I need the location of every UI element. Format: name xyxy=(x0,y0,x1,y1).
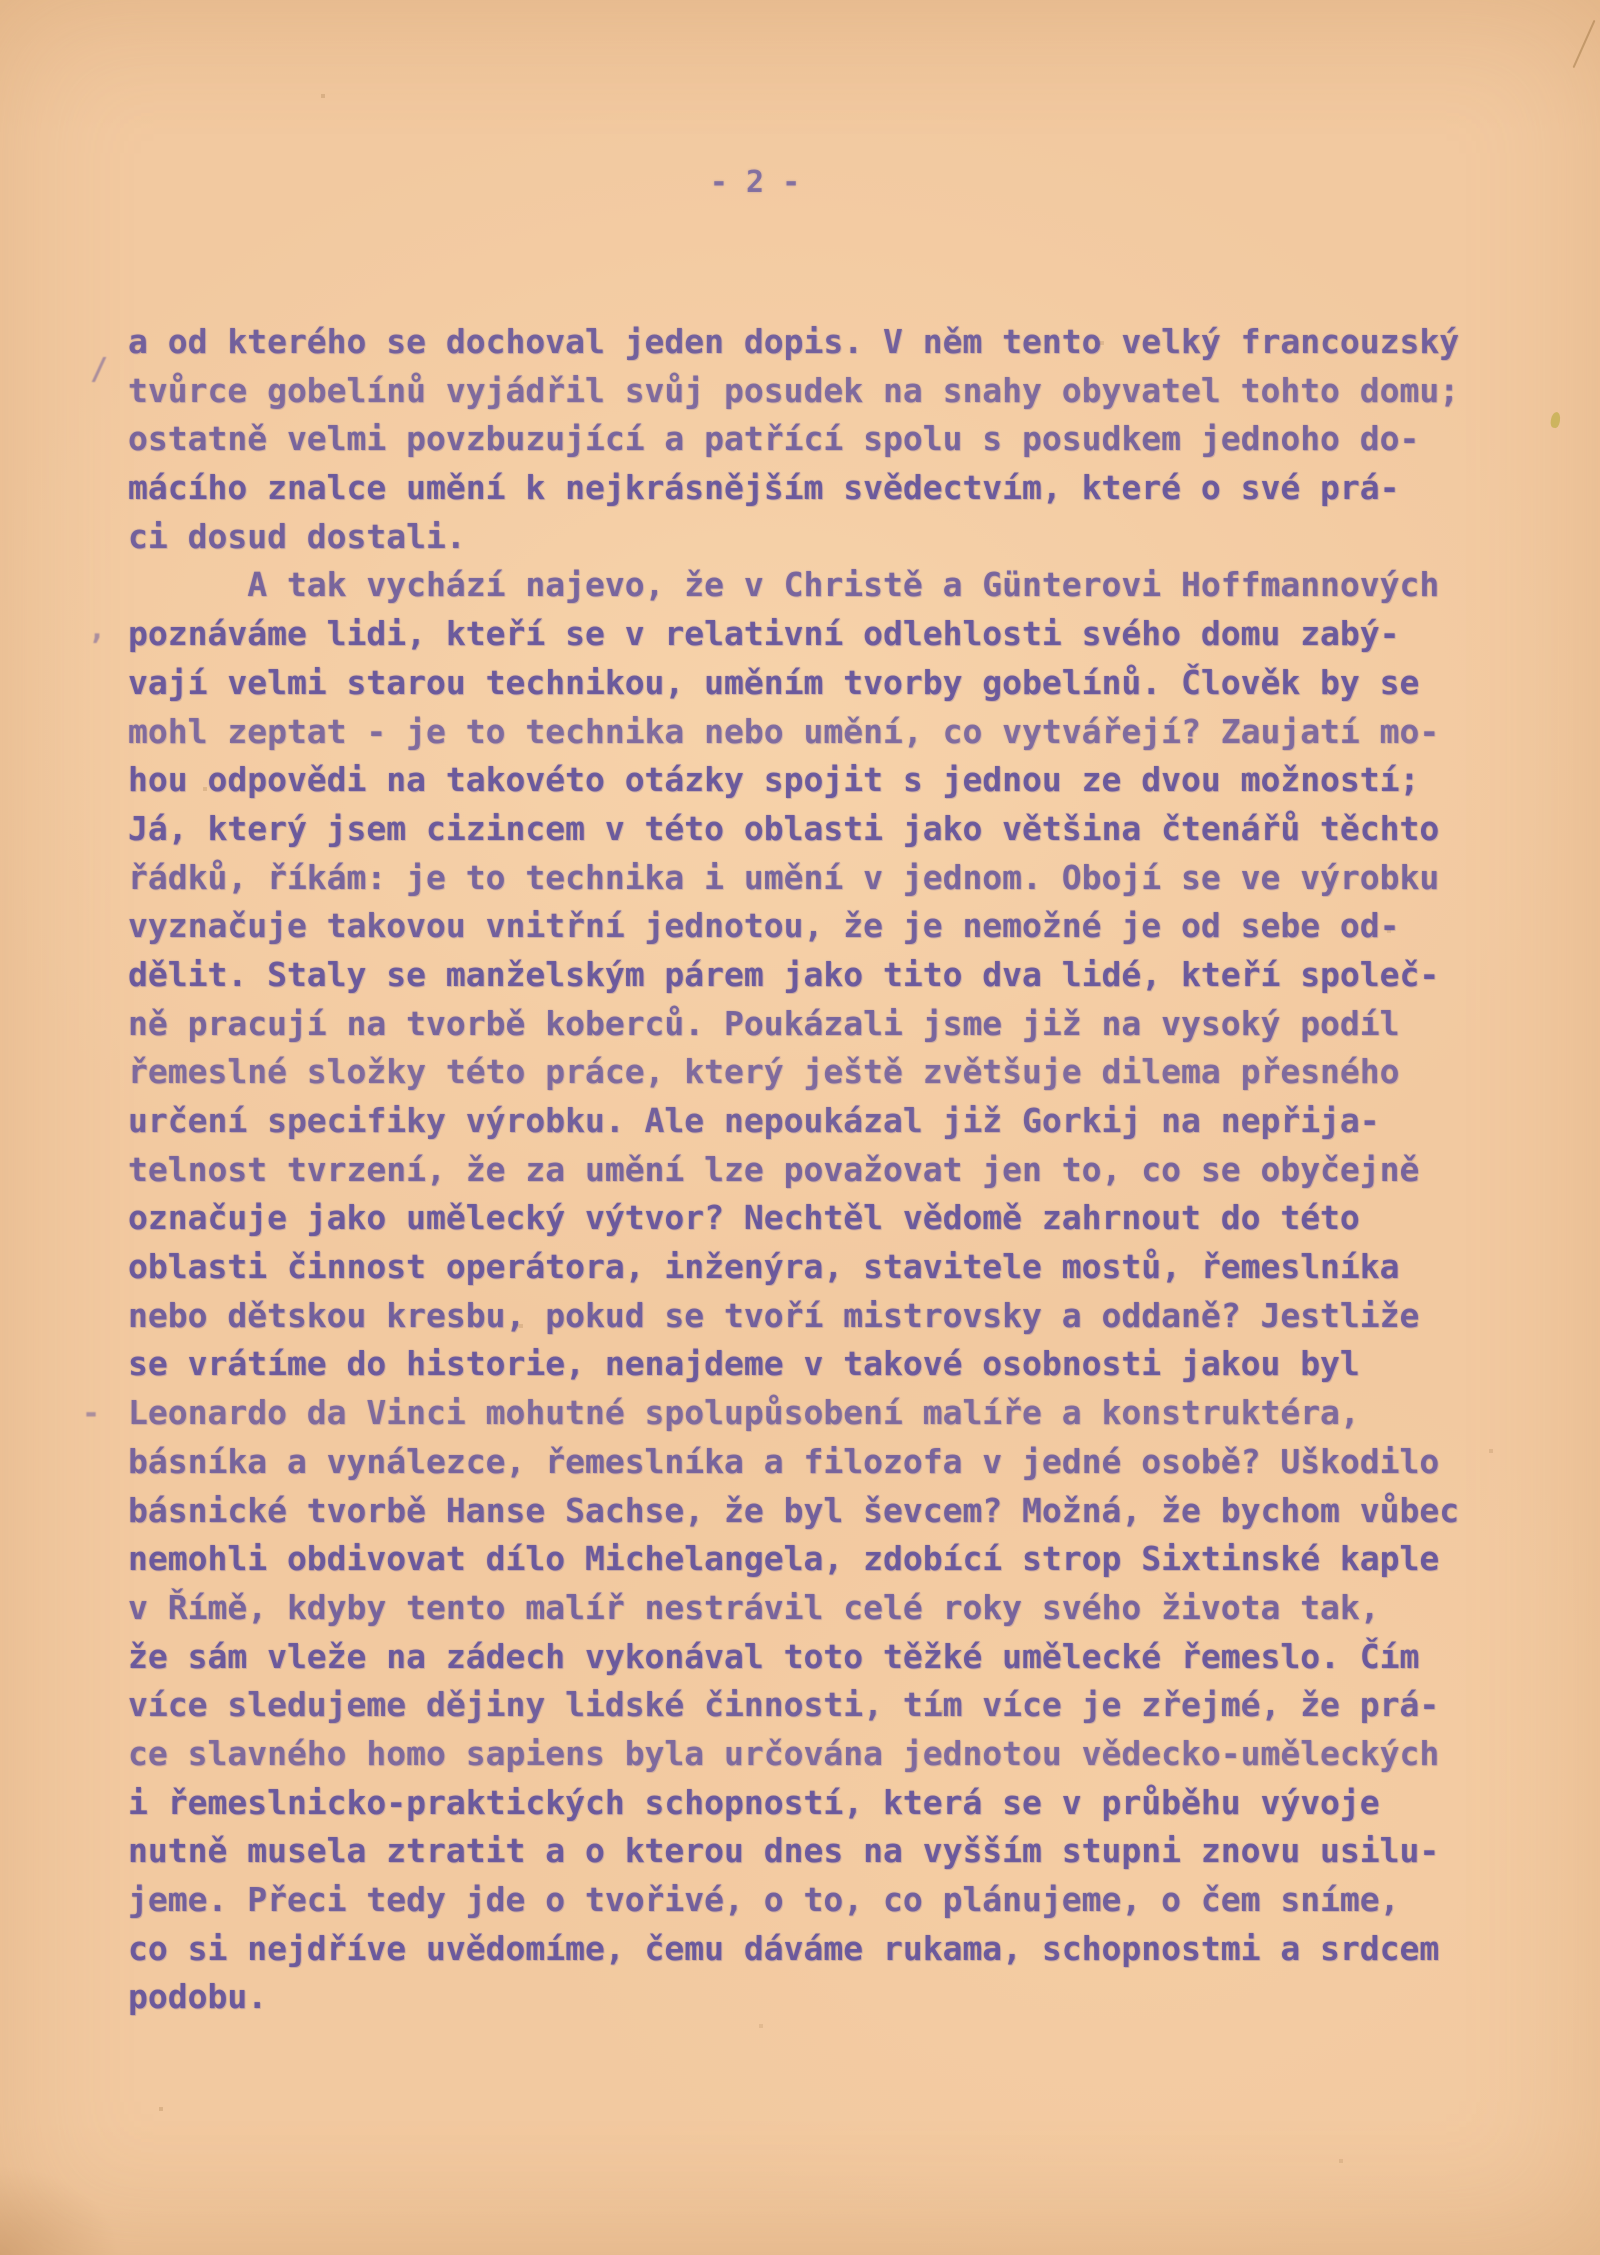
text-line: ce slavného homo sapiens byla určována j… xyxy=(128,1730,1528,1779)
text-line: A tak vychází najevo, že v Christě a Gün… xyxy=(128,561,1528,610)
typewritten-page: - 2 - / , - a od kterého se dochoval jed… xyxy=(0,0,1600,2255)
stray-ink-comma: , xyxy=(88,612,106,647)
text-line: více sledujeme dějiny lidské činnosti, t… xyxy=(128,1681,1528,1730)
text-line: ně pracují na tvorbě koberců. Poukázali … xyxy=(128,1000,1528,1049)
text-line: i řemeslnicko-praktických schopností, kt… xyxy=(128,1779,1528,1828)
text-line: oblasti činnost operátora, inženýra, sta… xyxy=(128,1243,1528,1292)
paper-fiber-specks xyxy=(0,0,2,2)
text-line: vyznačuje takovou vnitřní jednotou, že j… xyxy=(128,902,1528,951)
text-line: mohl zeptat - je to technika nebo umění,… xyxy=(128,708,1528,757)
text-line: a od kterého se dochoval jeden dopis. V … xyxy=(128,318,1528,367)
text-line: nemohli obdivovat dílo Michelangela, zdo… xyxy=(128,1535,1528,1584)
text-line: ci dosud dostali. xyxy=(128,513,1528,562)
stray-ink-slash: / xyxy=(90,352,108,387)
text-line: básníka a vynálezce, řemeslníka a filozo… xyxy=(128,1438,1528,1487)
text-line: mácího znalce umění k nejkrásnějším svěd… xyxy=(128,464,1528,513)
text-line: poznáváme lidi, kteří se v relativní odl… xyxy=(128,610,1528,659)
text-line: řádků, říkám: je to technika i umění v j… xyxy=(128,854,1528,903)
text-line: tvůrce gobelínů vyjádřil svůj posudek na… xyxy=(128,367,1528,416)
text-line: určení specifiky výrobku. Ale nepoukázal… xyxy=(128,1097,1528,1146)
text-line: dělit. Staly se manželským párem jako ti… xyxy=(128,951,1528,1000)
text-line: v Římě, kdyby tento malíř nestrávil celé… xyxy=(128,1584,1528,1633)
text-line: podobu. xyxy=(128,1973,1528,2022)
text-line: Já, který jsem cizincem v této oblasti j… xyxy=(128,805,1528,854)
paper-fleck xyxy=(1550,411,1562,428)
text-line: telnost tvrzení, že za umění lze považov… xyxy=(128,1146,1528,1195)
text-line: se vrátíme do historie, nenajdeme v tako… xyxy=(128,1340,1528,1389)
text-line: hou odpovědi na takovéto otázky spojit s… xyxy=(128,756,1528,805)
paper-hairline-mark xyxy=(1573,20,1596,68)
text-line: nutně musela ztratit a o kterou dnes na … xyxy=(128,1827,1528,1876)
text-line: co si nejdříve uvědomíme, čemu dáváme ru… xyxy=(128,1925,1528,1974)
text-line: označuje jako umělecký výtvor? Nechtěl v… xyxy=(128,1194,1528,1243)
stray-ink-dash: - xyxy=(82,1396,100,1431)
typewritten-text-block: a od kterého se dochoval jeden dopis. V … xyxy=(128,318,1528,2022)
paper-corner-shade xyxy=(0,2165,120,2255)
text-line: Leonardo da Vinci mohutné spolupůsobení … xyxy=(128,1389,1528,1438)
text-line: vají velmi starou technikou, uměním tvor… xyxy=(128,659,1528,708)
text-line: řemeslné složky této práce, který ještě … xyxy=(128,1048,1528,1097)
text-line: ostatně velmi povzbuzující a patřící spo… xyxy=(128,415,1528,464)
text-line: básnické tvorbě Hanse Sachse, že byl šev… xyxy=(128,1487,1528,1536)
text-line: jeme. Přeci tedy jde o tvořivé, o to, co… xyxy=(128,1876,1528,1925)
text-line: že sám vleže na zádech vykonával toto tě… xyxy=(128,1633,1528,1682)
page-number: - 2 - xyxy=(655,165,855,200)
text-line: nebo dětskou kresbu, pokud se tvoří mist… xyxy=(128,1292,1528,1341)
